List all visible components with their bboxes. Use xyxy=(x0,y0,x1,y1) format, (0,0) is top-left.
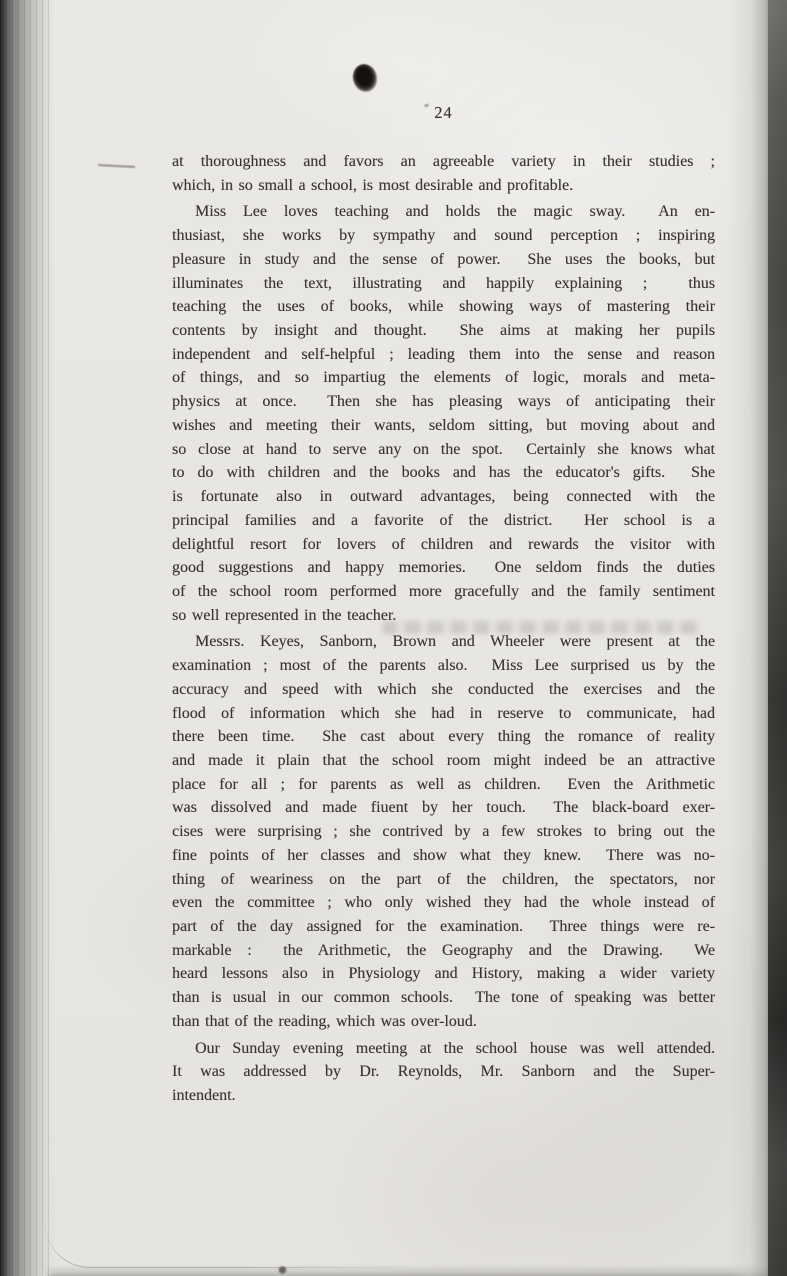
text-line: wishes and meeting their wants, seldom s… xyxy=(172,414,715,438)
text-line: markable : the Arithmetic, the Geography… xyxy=(172,939,715,963)
page-number: 24 xyxy=(172,103,715,123)
text-line: principal families and a favorite of the… xyxy=(172,509,715,533)
ink-blot xyxy=(350,62,380,95)
text-line: cises were surprising ; she contrived by… xyxy=(172,820,715,844)
text-line: so close at hand to serve any on the spo… xyxy=(172,438,715,462)
text-line: is fortunate also in outward advantages,… xyxy=(172,485,715,509)
text-line: which, in so small a school, is most des… xyxy=(172,174,715,198)
text-line: pleasure in study and the sense of power… xyxy=(172,248,715,272)
text-line: independent and self-helpful ; leading t… xyxy=(172,343,715,367)
paragraph: at thoroughness and favors an agreeable … xyxy=(172,150,715,197)
paragraph: Miss Lee loves teaching and holds the ma… xyxy=(172,200,715,627)
text-line: there been time. She cast about every th… xyxy=(172,725,715,749)
text-line: Messrs. Keyes, Sanborn, Brown and Wheele… xyxy=(172,630,715,654)
text-line: part of the day assigned for the examina… xyxy=(172,915,715,939)
paragraph: Our Sunday evening meeting at the school… xyxy=(172,1037,715,1108)
scanned-book-page: 24 at thoroughness and favors an agreeab… xyxy=(0,0,787,1276)
scratch-mark xyxy=(98,164,135,168)
text-line: than that of the reading, which was over… xyxy=(172,1010,715,1034)
text-line: accuracy and speed with which she conduc… xyxy=(172,678,715,702)
text-line: than is usual in our common schools. The… xyxy=(172,986,715,1010)
right-page-shadow xyxy=(727,0,787,1276)
text-line: delightful resort for lovers of children… xyxy=(172,533,715,557)
text-line: was dissolved and made fiuent by her tou… xyxy=(172,796,715,820)
text-line: fine points of her classes and show what… xyxy=(172,844,715,868)
left-page-edges xyxy=(0,0,54,1276)
text-line: at thoroughness and favors an agreeable … xyxy=(172,150,715,174)
text-line: to do with children and the books and ha… xyxy=(172,461,715,485)
paragraph: Messrs. Keyes, Sanborn, Brown and Wheele… xyxy=(172,630,715,1033)
bottom-ink-spot xyxy=(278,1266,287,1274)
text-line: Miss Lee loves teaching and holds the ma… xyxy=(172,200,715,224)
text-line: flood of information which she had in re… xyxy=(172,702,715,726)
text-line: place for all ; for parents as well as c… xyxy=(172,773,715,797)
text-line: heard lessons also in Physiology and His… xyxy=(172,962,715,986)
text-line: examination ; most of the parents also. … xyxy=(172,654,715,678)
text-line: of things, and so impartiug the elements… xyxy=(172,366,715,390)
text-line: contents by insight and thought. She aim… xyxy=(172,319,715,343)
bottom-edge-shadow xyxy=(0,1264,787,1276)
right-scan-band xyxy=(768,0,787,1276)
text-line: thusiast, she works by sympathy and soun… xyxy=(172,224,715,248)
text-line: so well represented in the teacher. xyxy=(172,604,715,628)
text-line: and made it plain that the school room m… xyxy=(172,749,715,773)
text-line: physics at once. Then she has pleasing w… xyxy=(172,390,715,414)
text-line: of the school room performed more gracef… xyxy=(172,580,715,604)
text-line: even the committee ; who only wished the… xyxy=(172,891,715,915)
text-line: teaching the uses of books, while showin… xyxy=(172,295,715,319)
text-line: illuminates the text, illustrating and h… xyxy=(172,272,715,296)
text-block: at thoroughness and favors an agreeable … xyxy=(172,150,715,1108)
text-line: thing of weariness on the part of the ch… xyxy=(172,868,715,892)
text-line: good suggestions and happy memories. One… xyxy=(172,556,715,580)
text-line: Our Sunday evening meeting at the school… xyxy=(172,1037,715,1061)
text-line: intendent. xyxy=(172,1084,715,1108)
text-line: It was addressed by Dr. Reynolds, Mr. Sa… xyxy=(172,1060,715,1084)
